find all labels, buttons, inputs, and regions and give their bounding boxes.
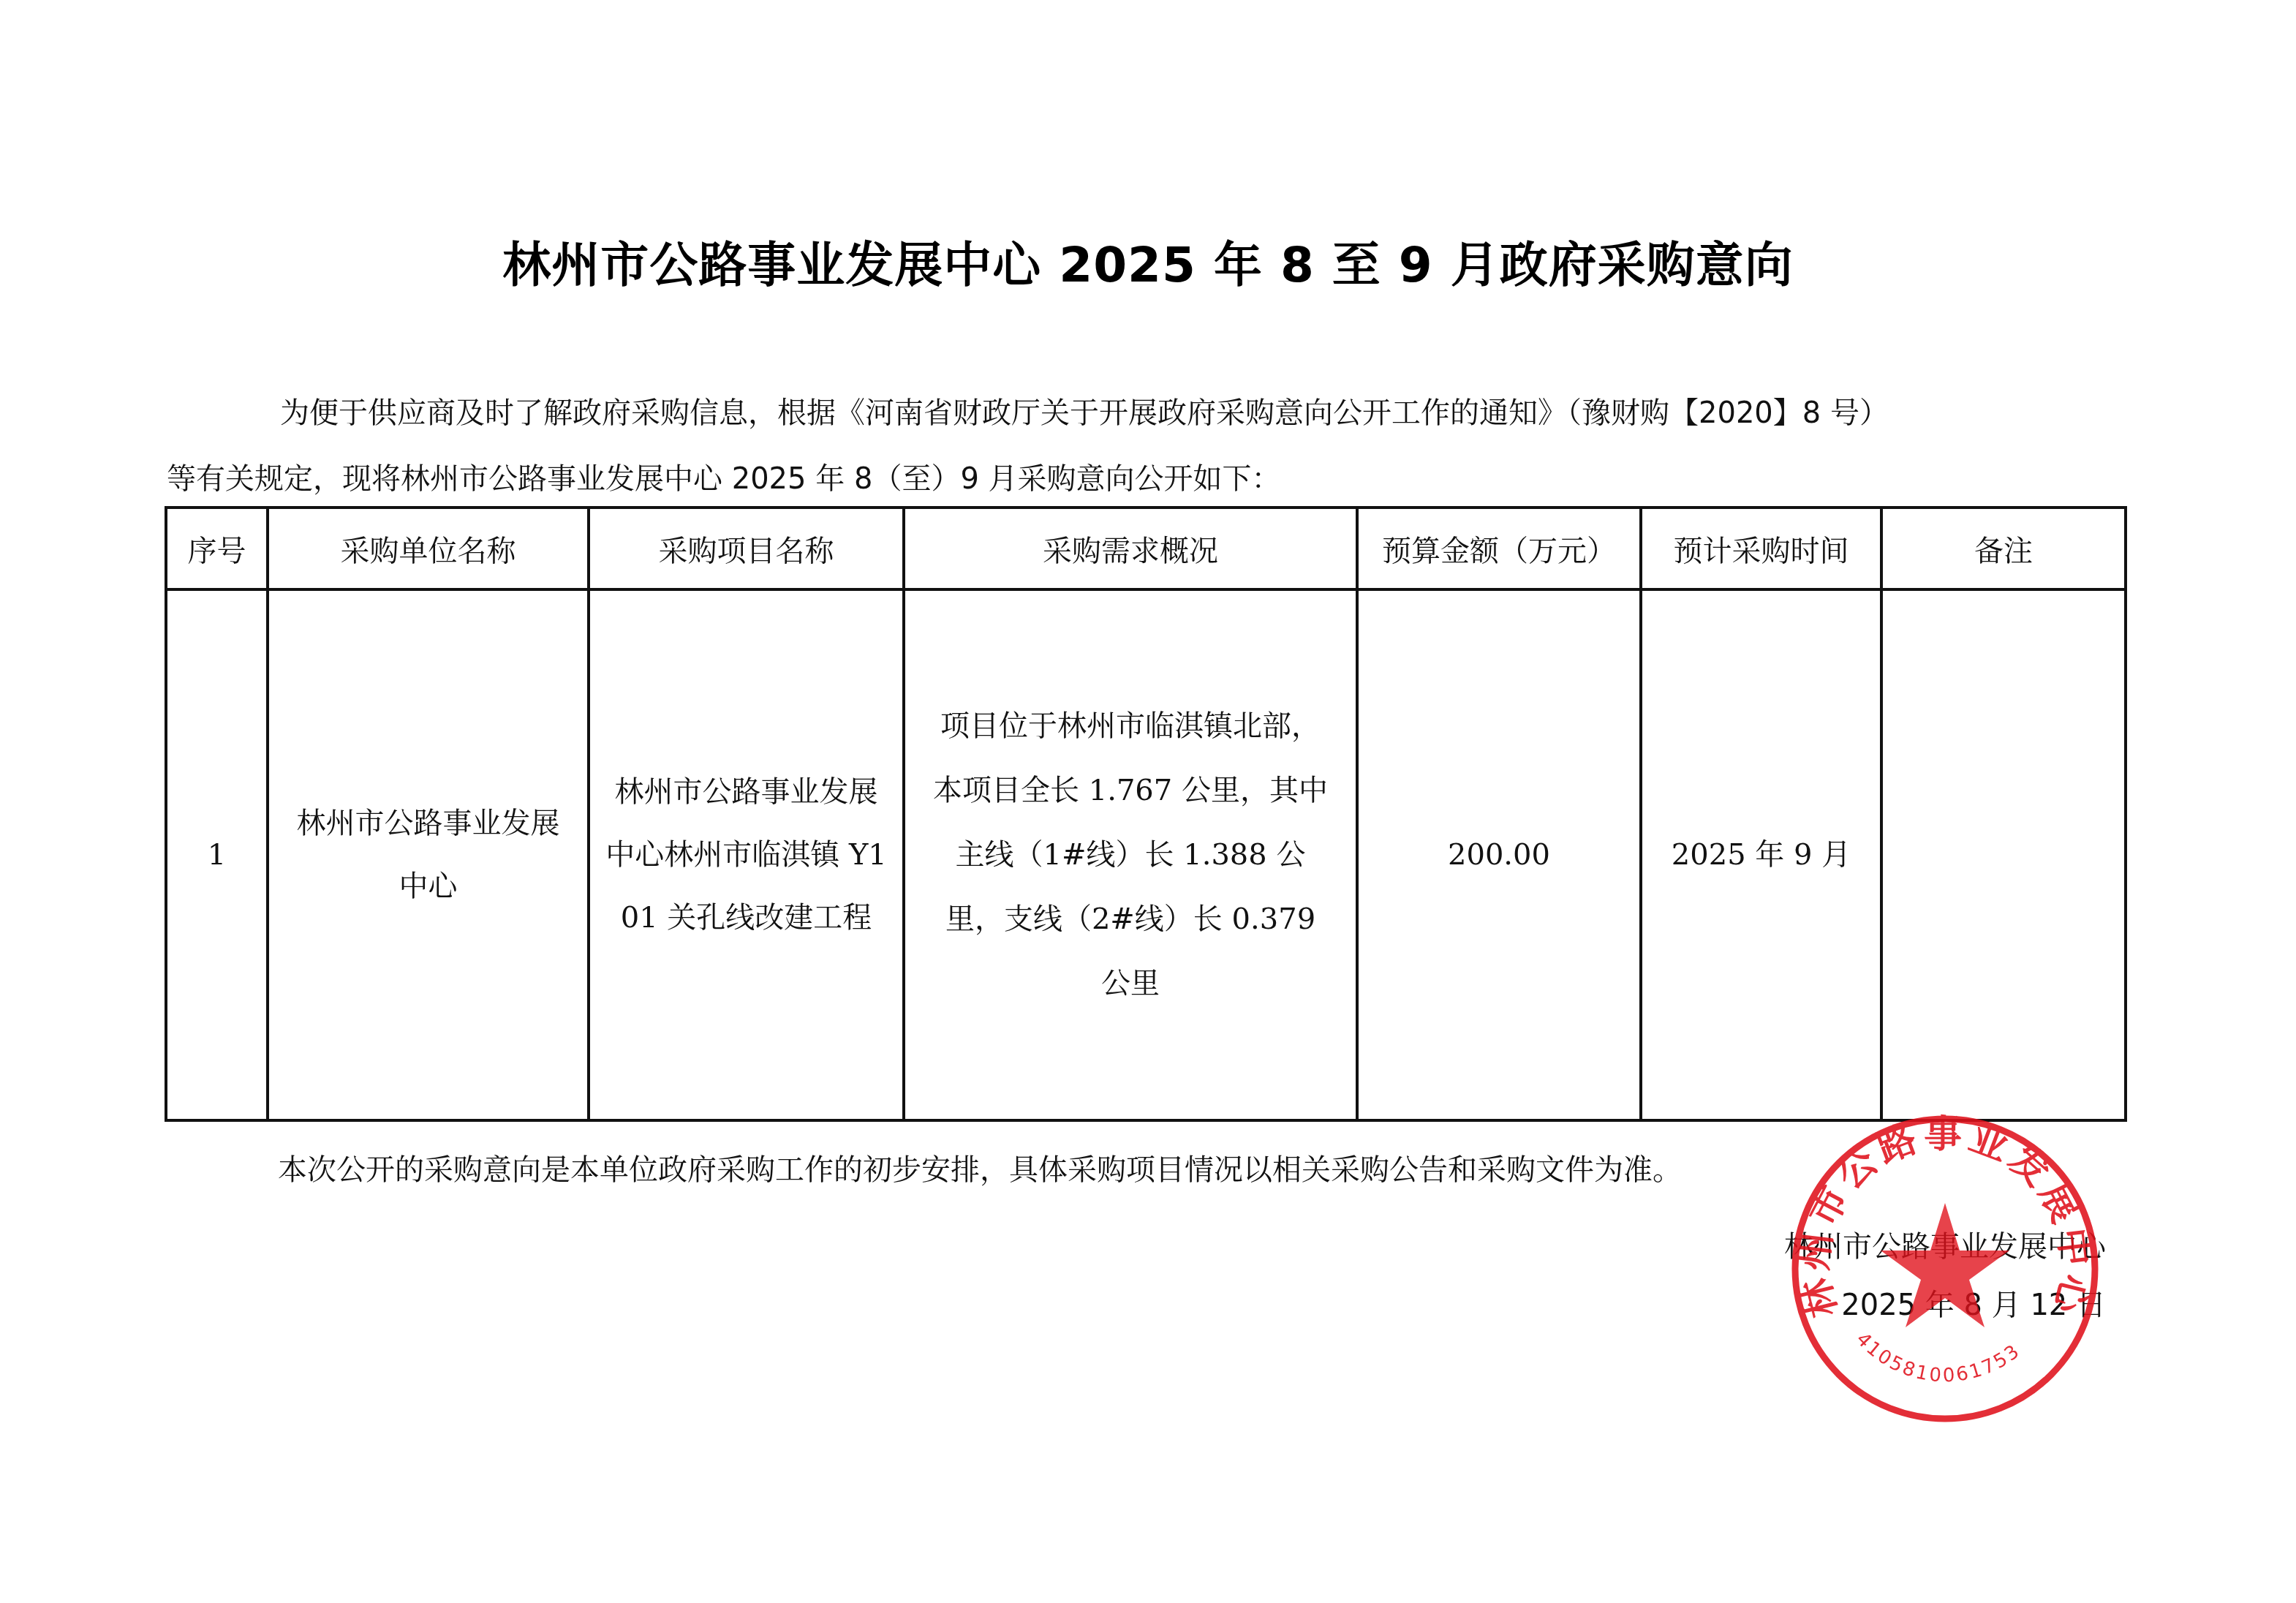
header-budget: 预算金额（万元） <box>1357 508 1641 589</box>
cell-remarks <box>1881 589 2126 1120</box>
page-title: 林州市公路事业发展中心 2025 年 8 至 9 月政府采购意向 <box>0 233 2296 298</box>
intro-line-2: 等有关规定，现将林州市公路事业发展中心 2025 年 8（至）9 月采购意向公开… <box>167 446 2126 512</box>
cell-requirements: 项目位于林州市临淇镇北部，本项目全长 1.767 公里，其中主线（1#线）长 1… <box>904 589 1357 1120</box>
header-expected-time: 预计采购时间 <box>1641 508 1881 589</box>
closing-statement: 本次公开的采购意向是本单位政府采购工作的初步安排，具体采购项目情况以相关采购公告… <box>278 1148 1682 1192</box>
header-remarks: 备注 <box>1881 508 2126 589</box>
official-seal-icon: 林州市公路事业发展中心 4105810061753 <box>1784 1108 2106 1430</box>
intro-paragraph: 为便于供应商及时了解政府采购信息，根据《河南省财政厅关于开展政府采购意向公开工作… <box>167 380 2126 512</box>
header-index: 序号 <box>166 508 268 589</box>
table-header-row: 序号 采购单位名称 采购项目名称 采购需求概况 预算金额（万元） 预计采购时间 … <box>166 508 2126 589</box>
table-row: 1 林州市公路事业发展中心 林州市公路事业发展中心林州市临淇镇 Y101 关孔线… <box>166 589 2126 1120</box>
header-requirements: 采购需求概况 <box>904 508 1357 589</box>
seal-star-icon <box>1881 1203 2009 1327</box>
svg-text:4105810061753: 4105810061753 <box>1851 1328 2025 1387</box>
intro-line-1: 为便于供应商及时了解政府采购信息，根据《河南省财政厅关于开展政府采购意向公开工作… <box>167 380 2126 446</box>
cell-purchaser: 林州市公路事业发展中心 <box>268 589 589 1120</box>
cell-index: 1 <box>166 589 268 1120</box>
cell-expected-time: 2025 年 9 月 <box>1641 589 1881 1120</box>
cell-project-name: 林州市公路事业发展中心林州市临淇镇 Y101 关孔线改建工程 <box>589 589 904 1120</box>
seal-code: 4105810061753 <box>1851 1328 2025 1387</box>
procurement-intent-table: 序号 采购单位名称 采购项目名称 采购需求概况 预算金额（万元） 预计采购时间 … <box>165 506 2127 1122</box>
header-project-name: 采购项目名称 <box>589 508 904 589</box>
cell-budget: 200.00 <box>1357 589 1641 1120</box>
header-purchaser: 采购单位名称 <box>268 508 589 589</box>
